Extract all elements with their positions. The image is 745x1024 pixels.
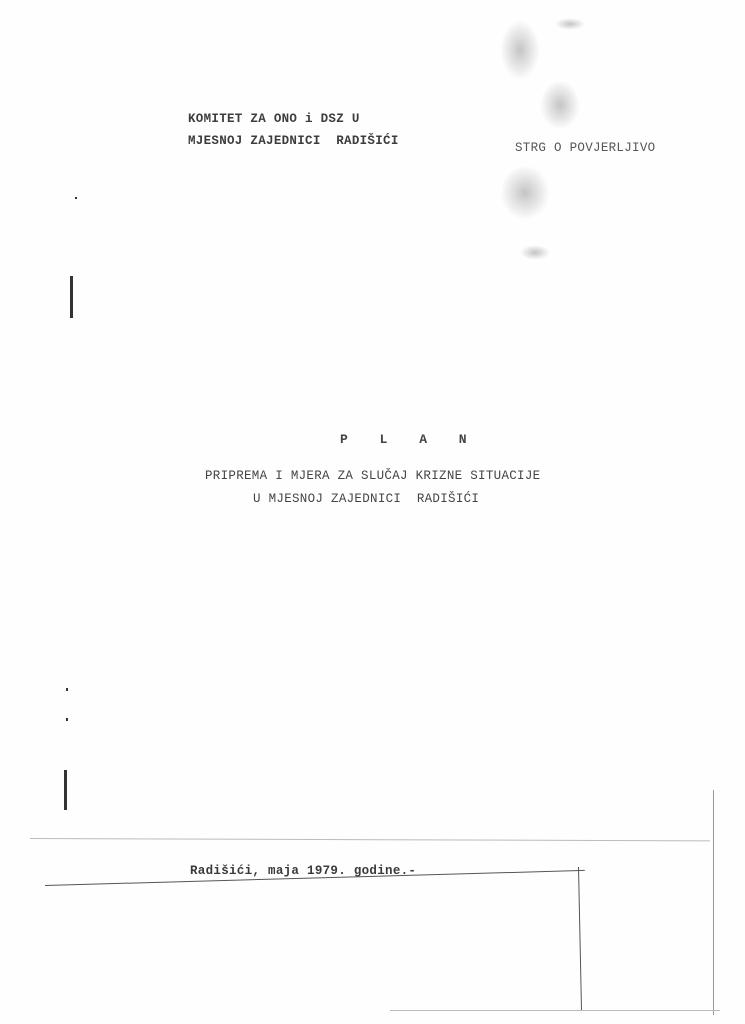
copy-edge-line <box>578 867 582 1010</box>
binder-mark <box>64 770 67 810</box>
document-page: KOMITET ZA ONO i DSZ U MJESNOJ ZAJEDNICI… <box>0 0 745 1024</box>
copy-edge-line <box>713 790 714 1015</box>
document-subtitle-line-1: PRIPREMA I MJERA ZA SLUČAJ KRIZNE SITUAC… <box>205 469 540 483</box>
copy-edge-line <box>30 838 710 841</box>
ink-smudge <box>555 18 585 30</box>
binder-dot <box>66 718 68 721</box>
issuer-line-2: MJESNOJ ZAJEDNICI RADIŠIĆI <box>188 134 399 148</box>
classification-stamp: STRG O POVJERLJIVO <box>515 141 655 155</box>
binder-dot <box>66 688 68 691</box>
ink-smudge <box>520 245 550 260</box>
issuer-line-1: KOMITET ZA ONO i DSZ U <box>188 112 360 126</box>
ink-smudge <box>540 80 580 130</box>
ink-smudge <box>500 20 540 80</box>
document-subtitle-line-2: U MJESNOJ ZAJEDNICI RADIŠIĆI <box>253 492 479 506</box>
copy-edge-line <box>390 1010 720 1011</box>
binder-dot <box>75 197 77 199</box>
document-title: P L A N <box>340 432 479 447</box>
binder-mark <box>70 276 73 318</box>
ink-smudge <box>500 165 550 220</box>
